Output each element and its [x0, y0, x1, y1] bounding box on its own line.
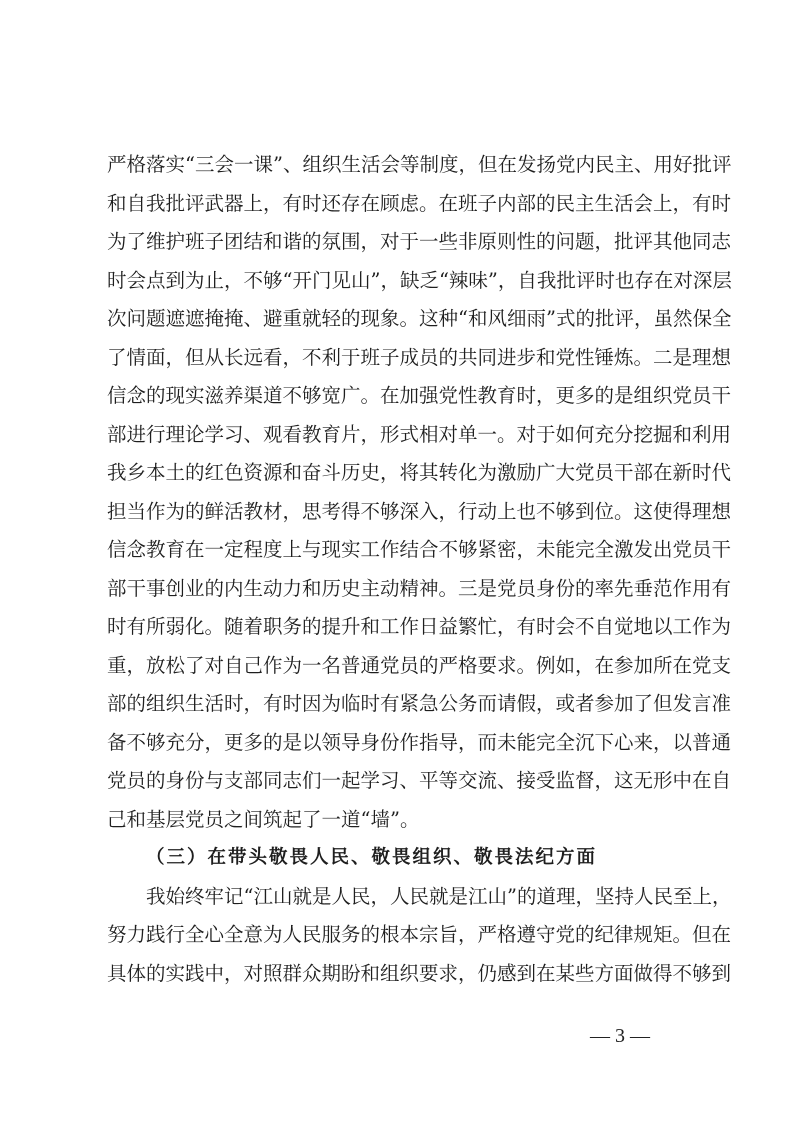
paragraph-line: 部进行理论学习、观看教育片，形式相对单一。对于如何充分挖掘和利用: [107, 420, 691, 450]
paragraph-line: 重，放松了对自己作为一名普通党员的严格要求。例如，在参加所在党支: [107, 651, 691, 681]
paragraph-line: 努力践行全心全意为人民服务的根本宗旨，严格遵守党的纪律规矩。但在: [107, 920, 691, 950]
paragraph-line: 担当作为的鲜活教材，思考得不够深入，行动上也不够到位。这使得理想: [107, 497, 691, 527]
paragraph-line: 部干事创业的内生动力和历史主动精神。三是党员身份的率先垂范作用有: [107, 574, 691, 604]
document-page: 严格落实“三会一课”、组织生活会等制度，但在发扬党内民主、用好批评 和自我批评武…: [0, 0, 793, 1122]
section-heading: （三）在带头敬畏人民、敬畏组织、敬畏法纪方面: [146, 843, 597, 873]
paragraph-line: 时有所弱化。随着职务的提升和工作日益繁忙，有时会不自觉地以工作为: [107, 612, 691, 642]
paragraph-line: 为了维护班子团结和谐的氛围，对于一些非原则性的问题，批评其他同志: [107, 227, 691, 257]
paragraph-line: 和自我批评武器上，有时还存在顾虑。在班子内部的民主生活会上，有时: [107, 189, 691, 219]
paragraph-line: 备不够充分，更多的是以领导身份作指导，而未能完全沉下心来，以普通: [107, 728, 691, 758]
page-number: — 3 —: [590, 1025, 650, 1048]
paragraph-line: 信念的现实滋养渠道不够宽广。在加强党性教育时，更多的是组织党员干: [107, 381, 691, 411]
paragraph-line: 我始终牢记“江山就是人民，人民就是江山”的道理，坚持人民至上，: [146, 882, 691, 912]
paragraph-line: 信念教育在一定程度上与现实工作结合不够紧密，未能完全激发出党员干: [107, 535, 691, 565]
paragraph-line: 了情面，但从长远看，不利于班子成员的共同进步和党性锤炼。二是理想: [107, 343, 691, 373]
paragraph-line: 党员的身份与支部同志们一起学习、平等交流、接受监督，这无形中在自: [107, 766, 691, 796]
paragraph-line: 时会点到为止，不够“开门见山”，缺乏“辣味”，自我批评时也存在对深层: [107, 266, 691, 296]
paragraph-line: 具体的实践中，对照群众期盼和组织要求，仍感到在某些方面做得不够到: [107, 959, 691, 989]
paragraph-line: 我乡本土的红色资源和奋斗历史，将其转化为激励广大党员干部在新时代: [107, 458, 691, 488]
paragraph-line: 次问题遮遮掩掩、避重就轻的现象。这种“和风细雨”式的批评，虽然保全: [107, 304, 691, 334]
paragraph-line: 部的组织生活时，有时因为临时有紧急公务而请假，或者参加了但发言准: [107, 689, 691, 719]
paragraph-line: 己和基层党员之间筑起了一道“墙”。: [107, 805, 691, 835]
paragraph-line: 严格落实“三会一课”、组织生活会等制度，但在发扬党内民主、用好批评: [107, 150, 691, 180]
